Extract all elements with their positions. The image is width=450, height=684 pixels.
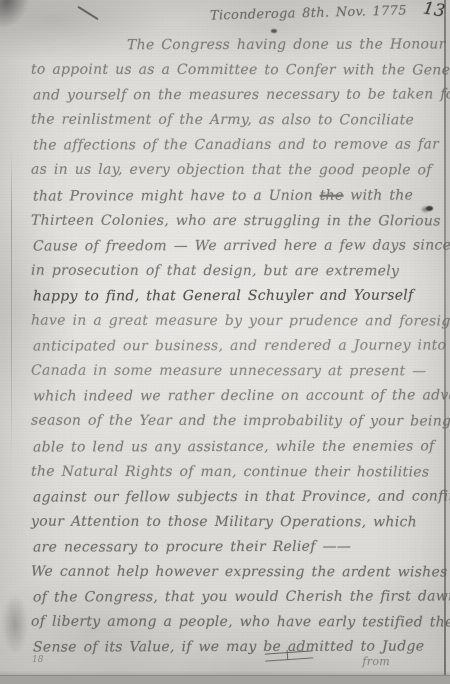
ink-blot bbox=[426, 206, 433, 211]
manuscript-line: that Province might have to a Union the … bbox=[33, 183, 425, 209]
page-number: 13 bbox=[421, 0, 446, 22]
manuscript-line: the Natural Rights of man, continue thei… bbox=[31, 459, 423, 485]
manuscript-line: as in us lay, every objection that the g… bbox=[31, 158, 423, 184]
manuscript-line: anticipated our business, and rendered a… bbox=[33, 334, 425, 360]
page-edge-outer bbox=[446, 0, 450, 684]
manuscript-line: against our fellow subjects in that Prov… bbox=[33, 484, 425, 510]
manuscript-line: The Congress having done us the Honour bbox=[33, 32, 425, 58]
fold-crease bbox=[11, 150, 12, 460]
manuscript-line: able to lend us any assistance, while th… bbox=[33, 434, 425, 460]
manuscript-line: of liberty among a people, who have earl… bbox=[31, 610, 423, 636]
manuscript-line: Thirteen Colonies, who are struggling in… bbox=[31, 208, 423, 234]
manuscript-line: season of the Year and the improbability… bbox=[31, 409, 423, 435]
manuscript-line: to appoint us as a Committee to Confer w… bbox=[31, 58, 423, 84]
manuscript-line: and yourself on the measures necessary t… bbox=[33, 83, 425, 109]
manuscript-line: the reinlistment of the Army, as also to… bbox=[31, 108, 423, 134]
manuscript-line: We cannot help however expressing the ar… bbox=[31, 560, 423, 586]
struck-out-word: the bbox=[320, 187, 344, 203]
page-bottom-edge bbox=[0, 675, 450, 684]
paper-stain bbox=[2, 594, 28, 654]
manuscript-line: which indeed we rather decline on accoun… bbox=[33, 384, 425, 410]
catchword: from bbox=[362, 655, 390, 668]
manuscript-line: Canada in some measure unnecessary at pr… bbox=[31, 359, 423, 385]
manuscript-line: in prosecution of that design, but are e… bbox=[31, 259, 423, 285]
manuscript-line: have in a great measure by your prudence… bbox=[31, 309, 423, 335]
manuscript-line: Cause of freedom — We arrived here a few… bbox=[33, 233, 425, 259]
manuscript-photo: 13 Ticonderoga 8th. Nov. 1775 The Congre… bbox=[0, 0, 450, 684]
manuscript-line: of the Congress, that you would Cherish … bbox=[33, 585, 425, 611]
manuscript-line: are necessary to procure their Relief —— bbox=[33, 534, 425, 560]
manuscript-line: the affections of the Canadians and to r… bbox=[33, 133, 425, 159]
manuscript-line: your Attention to those Military Operati… bbox=[31, 509, 423, 535]
manuscript-line: happy to find, that General Schuyler and… bbox=[33, 283, 425, 309]
footer-folio-number: 18 bbox=[32, 655, 43, 665]
manuscript-body: The Congress having done us the Honourto… bbox=[31, 33, 423, 660]
